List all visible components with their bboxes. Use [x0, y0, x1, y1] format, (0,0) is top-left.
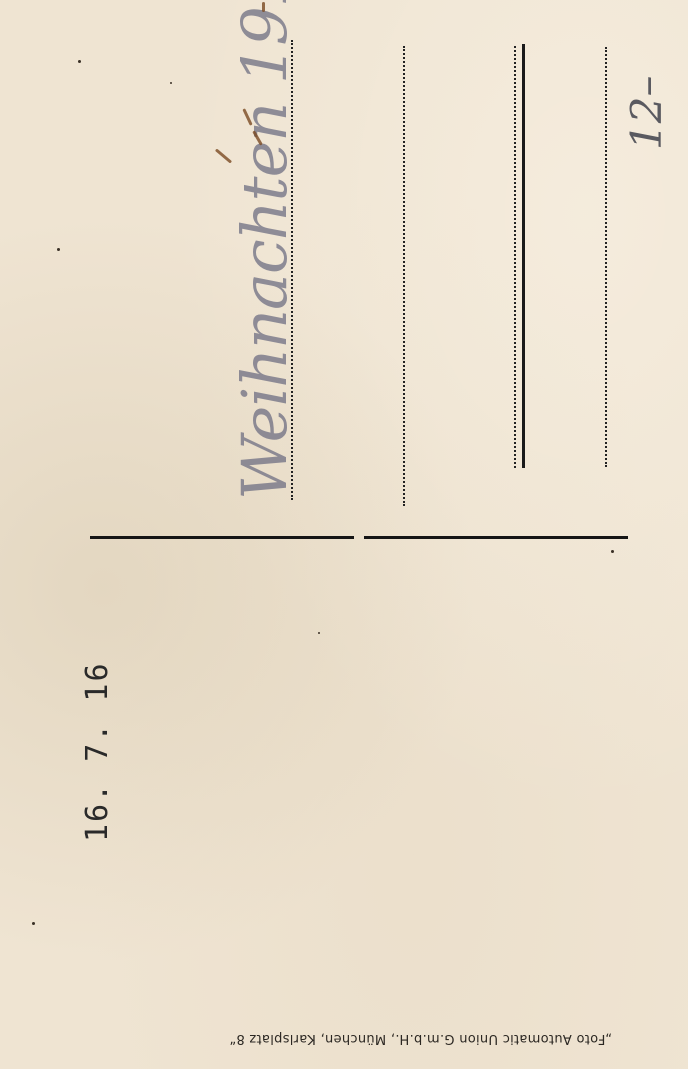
divider-left: [90, 536, 354, 539]
publisher-imprint: „Foto Automatic Union G.m.b.H., München,…: [229, 1031, 612, 1046]
paper-speck: [57, 248, 60, 251]
price-mark: 12–: [622, 76, 671, 150]
address-line-3a: [514, 46, 516, 468]
paper-speck: [78, 60, 81, 63]
postcard-back: Weihnachten 1916 12– 16. 7. 16 „Foto Aut…: [0, 0, 688, 1069]
address-line-4: [605, 47, 607, 467]
paper-speck: [318, 632, 320, 634]
address-line-2: [403, 46, 405, 506]
address-line-3b: [522, 44, 525, 468]
handwritten-greeting: Weihnachten 1916: [228, 0, 301, 500]
paper-speck: [611, 550, 614, 553]
rust-stain: [262, 2, 265, 12]
paper-speck: [32, 922, 35, 925]
divider-right: [364, 536, 628, 539]
paper-speck: [170, 82, 172, 84]
date-stamp: 16. 7. 16: [80, 661, 115, 842]
